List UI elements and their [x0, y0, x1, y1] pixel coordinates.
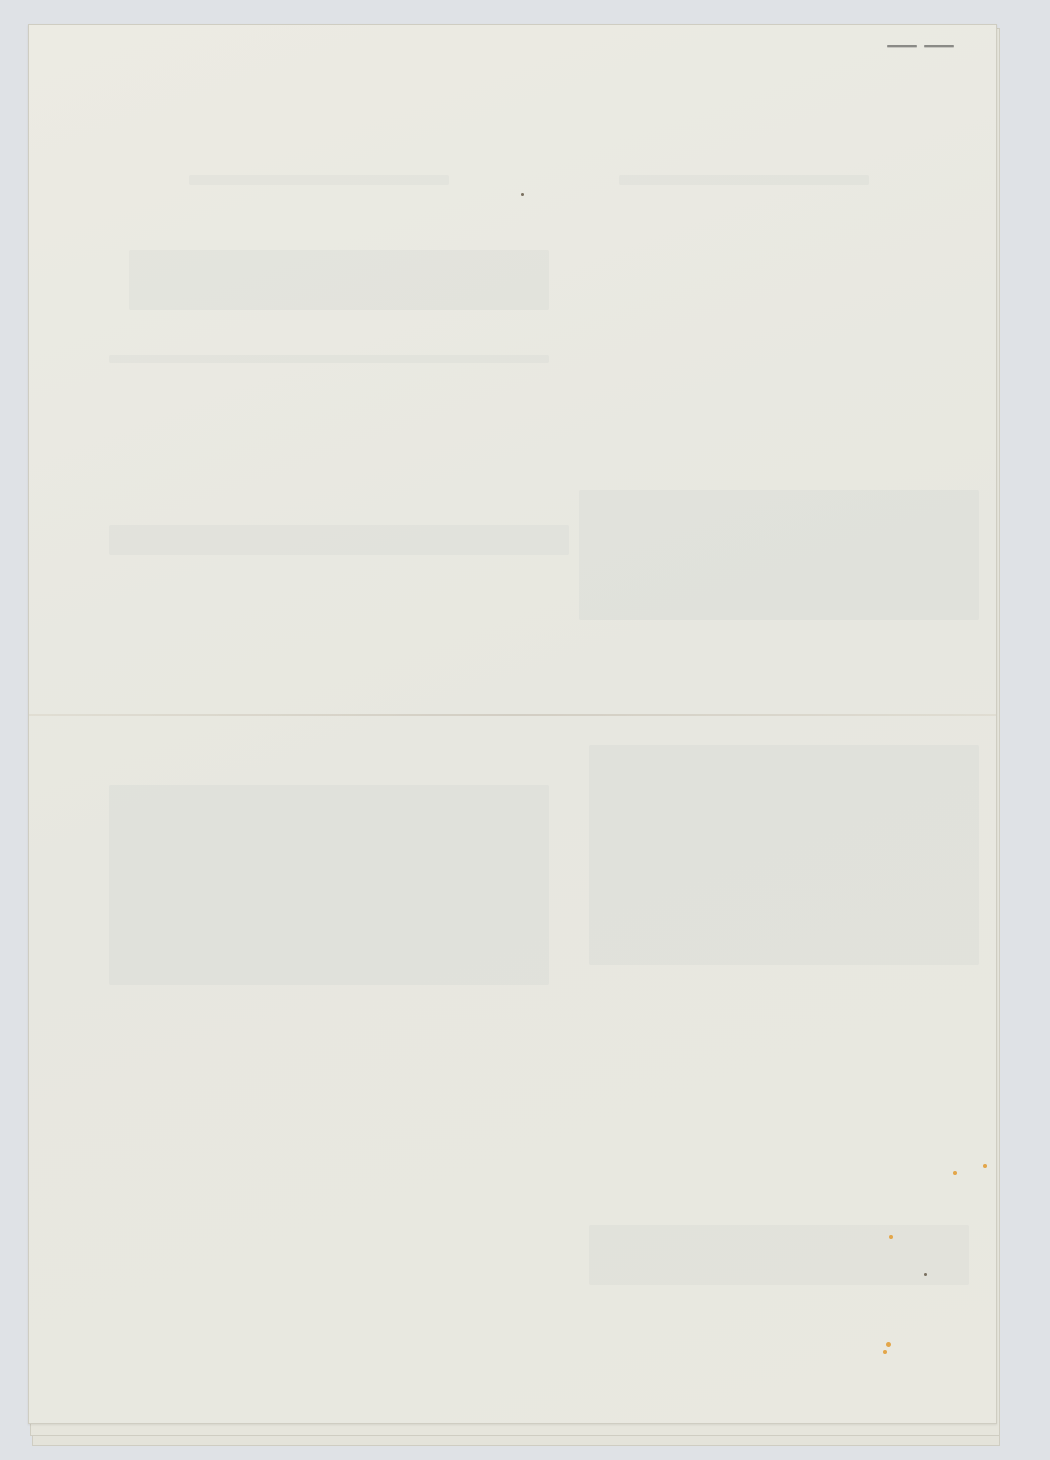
staple-icon [924, 45, 954, 47]
show-through-right-heading [619, 175, 869, 185]
foxing-spot [983, 1164, 987, 1168]
fold-line [29, 714, 996, 716]
show-through-left-lower [109, 785, 549, 985]
show-through-left-line [109, 355, 549, 363]
paper-page [28, 24, 997, 1424]
show-through-left-heading [189, 175, 449, 185]
show-through-bottom [589, 1225, 969, 1285]
show-through-left-block [129, 250, 549, 310]
staple-icon [887, 45, 917, 47]
speck [521, 193, 524, 196]
speck [924, 1273, 927, 1276]
show-through-right-para [579, 490, 979, 620]
foxing-spot [889, 1235, 893, 1239]
foxing-spot [953, 1171, 957, 1175]
show-through-right-lower [589, 745, 979, 965]
foxing-spot [886, 1342, 891, 1347]
foxing-spot [883, 1350, 887, 1354]
show-through-left-para [109, 525, 569, 555]
